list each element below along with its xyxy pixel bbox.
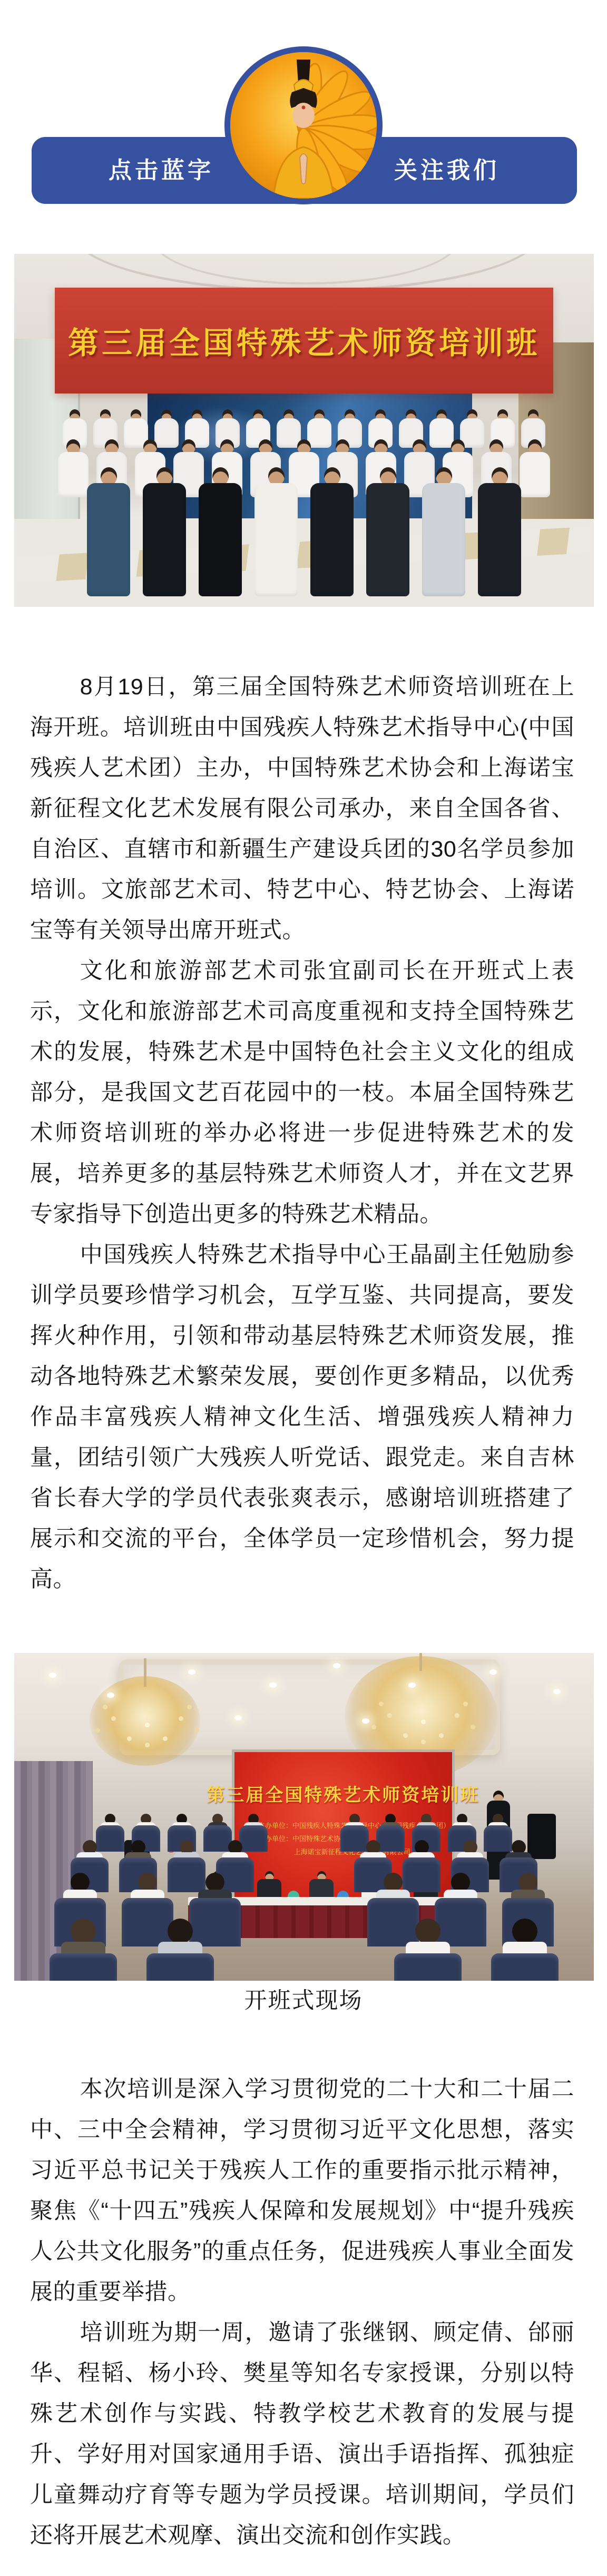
account-avatar[interactable] bbox=[224, 46, 383, 204]
ceiling-downlight bbox=[107, 1693, 114, 1698]
guanyin-dancer-art bbox=[230, 52, 377, 199]
guanyin-dancer-image bbox=[230, 52, 377, 199]
click-blue-text-label: 点击蓝字 bbox=[109, 137, 214, 204]
article-paragraph: 本次培训是深入学习贯彻党的二十大和二十届二中、三中全会精神，学习贯彻习近平文化思… bbox=[30, 2069, 574, 2313]
chandelier bbox=[90, 1676, 200, 1766]
ceremony-photo: 第三届全国特殊艺术师资培训班 主办单位：中国残疾人特殊艺术指导中心（中国残疾人艺… bbox=[14, 1653, 594, 1981]
article-body-top: 8月19日，第三届全国特殊艺术师资培训班在上海开班。培训班由中国残疾人特殊艺术指… bbox=[30, 667, 574, 1600]
photo-caption: 开班式现场 bbox=[0, 1981, 607, 2021]
photo1-banner-title: 第三届全国特殊艺术师资培训班 bbox=[68, 318, 540, 362]
article-body-bottom: 本次培训是深入学习贯彻党的二十大和二十届二中、三中全会精神，学习贯彻习近平文化思… bbox=[30, 2069, 574, 2556]
ceiling-downlight bbox=[269, 1683, 277, 1688]
photo1-red-banner: 第三届全国特殊艺术师资培训班 bbox=[55, 288, 553, 394]
follow-us-label: 关注我们 bbox=[394, 137, 500, 204]
group-photo: 第三届全国特殊艺术师资培训班 bbox=[14, 254, 594, 607]
audience-row bbox=[14, 1919, 594, 1981]
people-row bbox=[26, 467, 582, 596]
article-paragraph: 8月19日，第三届全国特殊艺术师资培训班在上海开班。培训班由中国残疾人特殊艺术指… bbox=[30, 667, 574, 951]
article-paragraph: 文化和旅游部艺术司张宜副司长在开班式上表示，文化和旅游部艺术司高度重视和支持全国… bbox=[30, 951, 574, 1235]
ceiling-downlight bbox=[333, 1663, 340, 1668]
article-paragraph: 中国残疾人特殊艺术指导中心王晶副主任勉励参训学员要珍惜学习机会，互学互鉴、共同提… bbox=[30, 1235, 574, 1600]
ceiling-downlight bbox=[408, 1683, 416, 1688]
screen-title: 第三届全国特殊艺术师资培训班 bbox=[207, 1781, 479, 1806]
article-paragraph: 培训班为期一周，邀请了张继钢、顾定倩、邰丽华、程韬、杨小玲、樊星等知名专家授课，… bbox=[30, 2313, 574, 2556]
